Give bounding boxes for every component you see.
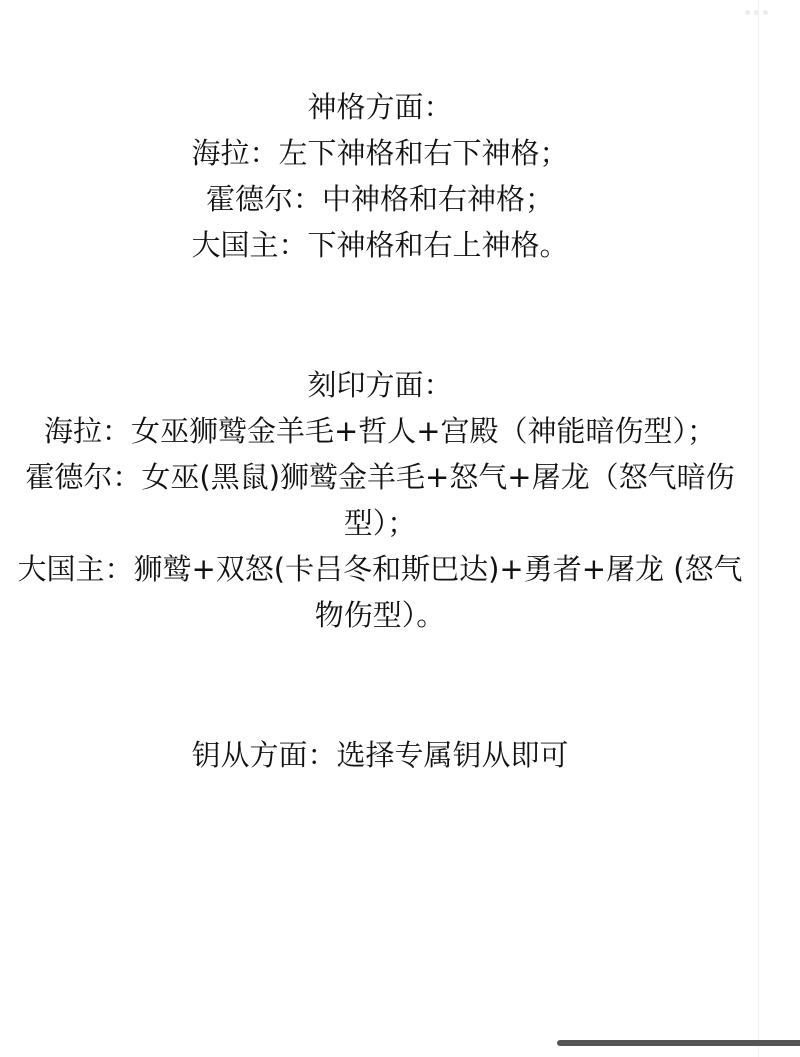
text-line: 大国主：狮鹫+双怒(卡吕冬和斯巴达)+勇者+屠龙 (怒气物伤型）。 — [0, 546, 760, 638]
text-line: 钥从方面：选择专属钥从即可 — [0, 732, 760, 778]
section-shengge: 神格方面： 海拉：左下神格和右下神格； 霍德尔：中神格和右神格； 大国主：下神格… — [0, 84, 760, 268]
section-heading: 神格方面： — [0, 84, 760, 130]
text-line: 海拉：女巫狮鹫金羊毛+哲人+宫殿（神能暗伤型）； — [0, 408, 760, 454]
section-heading: 刻印方面： — [0, 362, 760, 408]
text-line: 海拉：左下神格和右下神格； — [0, 130, 760, 176]
section-yaocong: 钥从方面：选择专属钥从即可 — [0, 732, 760, 778]
home-indicator-bar[interactable] — [557, 1040, 800, 1046]
text-line: 霍德尔：中神格和右神格； — [0, 176, 760, 222]
text-line: 大国主：下神格和右上神格。 — [0, 222, 760, 268]
section-keyin: 刻印方面： 海拉：女巫狮鹫金羊毛+哲人+宫殿（神能暗伤型）； 霍德尔：女巫(黑鼠… — [0, 362, 760, 638]
dot — [763, 10, 768, 15]
text-line: 霍德尔：女巫(黑鼠)狮鹫金羊毛+怒气+屠龙（怒气暗伤型）； — [0, 454, 760, 546]
dot — [745, 10, 750, 15]
more-options-icon — [745, 10, 768, 15]
document-body: 神格方面： 海拉：左下神格和右下神格； 霍德尔：中神格和右神格； 大国主：下神格… — [0, 84, 760, 268]
